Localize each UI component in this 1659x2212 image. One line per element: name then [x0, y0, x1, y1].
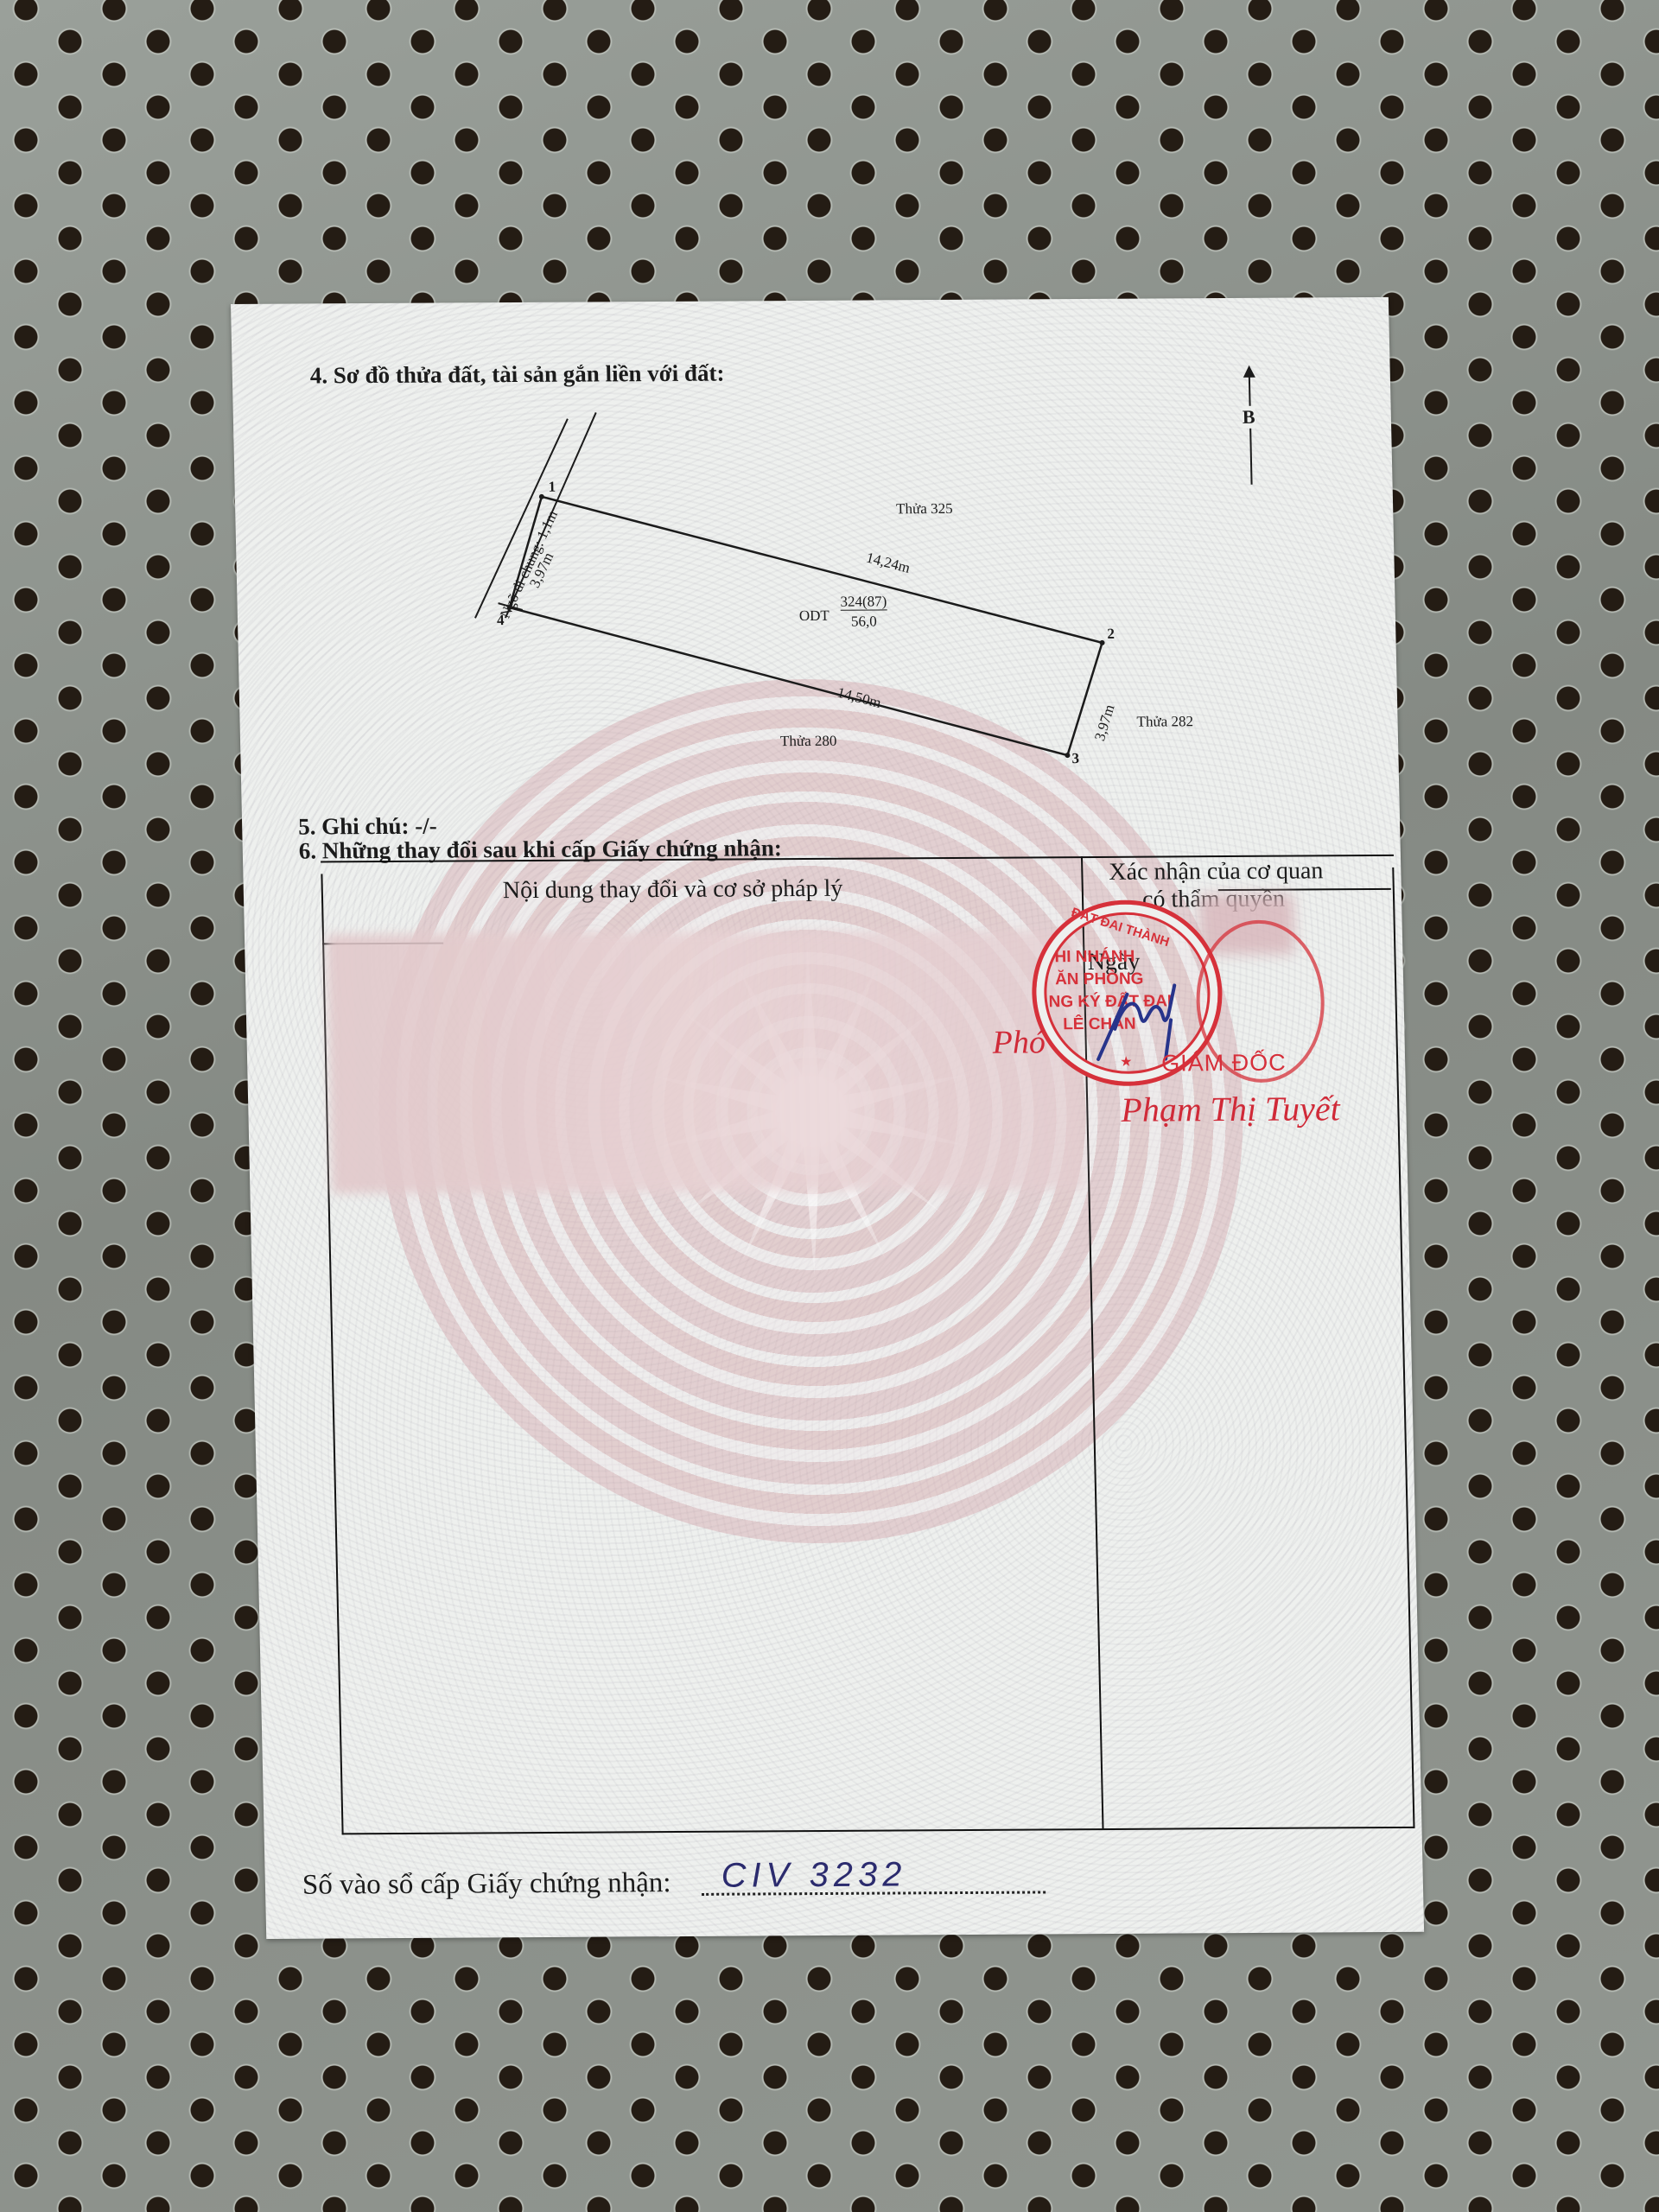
- land-use-code: ODT: [799, 607, 829, 625]
- neighbor-south-label: Thửa 280: [780, 733, 837, 750]
- land-certificate-page: 4. Sơ đồ thửa đất, tài sản gắn liền với …: [231, 297, 1424, 1939]
- signatory-name: Phạm Thị Tuyết: [1121, 1088, 1340, 1130]
- parcel-number: 324(87): [840, 594, 887, 610]
- parcel-area: 56,0: [851, 613, 877, 630]
- neighbor-north-label: Thửa 325: [896, 500, 953, 518]
- point-label-3: 3: [1071, 750, 1079, 767]
- stamp-ring-text: ĐẤT ĐAI THÀNH: [1070, 905, 1171, 950]
- stamp-line-1: HI NHÁNH: [1054, 948, 1135, 968]
- signatory-title: GIÁM ĐỐC: [1161, 1050, 1287, 1077]
- signatory-prefix: Phó: [992, 1023, 1046, 1061]
- redacted-change-entry: [327, 930, 1084, 1193]
- registry-number: CIV 3232: [721, 1855, 907, 1895]
- point-label-2: 2: [1107, 626, 1115, 643]
- neighbor-east-label: Thửa 282: [1136, 713, 1193, 730]
- table-header-changes: Nội dung thay đổi và cơ sở pháp lý: [502, 875, 842, 905]
- registry-label: Số vào sổ cấp Giấy chứng nhận:: [302, 1867, 671, 1902]
- point-label-1: 1: [548, 479, 556, 496]
- table-header-confirmation-line1: Xác nhận của cơ quan: [1109, 857, 1324, 887]
